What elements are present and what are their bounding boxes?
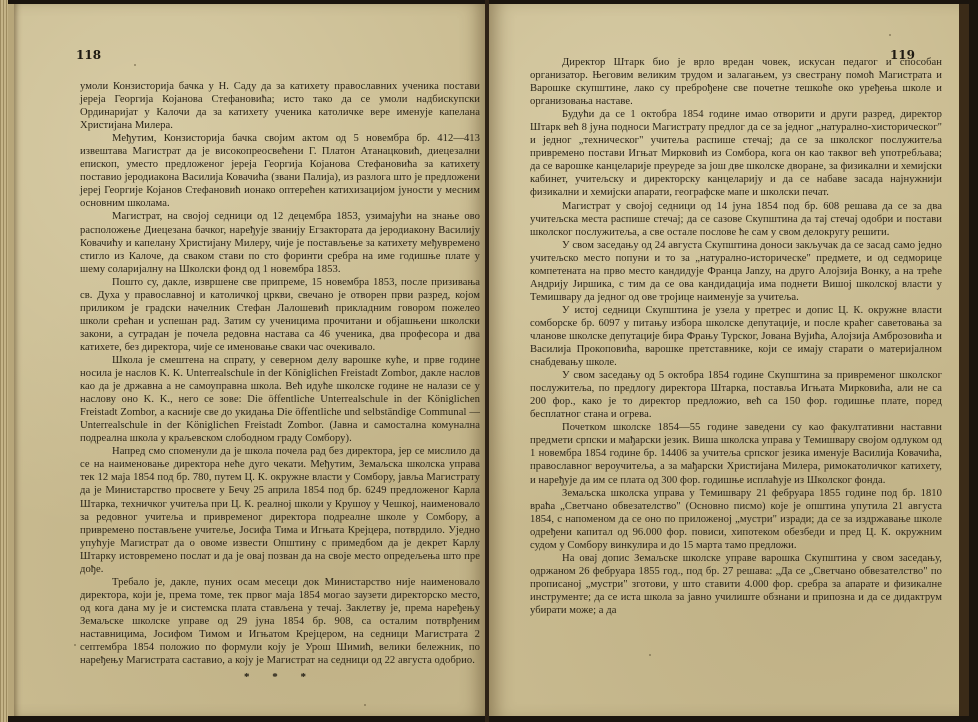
- paper-speck: [74, 644, 76, 646]
- paper-speck: [649, 654, 651, 656]
- paragraph: У истој седници Скупштина је узела у пре…: [530, 304, 942, 369]
- left-page-text: умоли Конзисторија бачка у Н. Саду да за…: [80, 80, 480, 684]
- section-break-mark: * * *: [80, 671, 480, 684]
- paragraph: Будући да се 1 октобра 1854 године имао …: [530, 108, 942, 199]
- paragraph: Магистрат, на својој седници од 12 децем…: [80, 210, 480, 275]
- paragraph: Магистрат у својој седници од 14 јуна 18…: [530, 200, 942, 239]
- paragraph: Директор Штарк био је врло вредан човек,…: [530, 56, 942, 108]
- paragraph: Земаљска школска управа у Темишвару 21 ф…: [530, 487, 942, 552]
- book-spread: 118 умоли Конзисторија бачка у Н. Саду д…: [0, 0, 978, 722]
- paper-speck: [889, 34, 891, 36]
- paragraph: умоли Конзисторија бачка у Н. Саду да за…: [80, 80, 480, 132]
- paragraph: Школа је смештена на спрату, у северном …: [80, 354, 480, 445]
- paper-speck: [364, 704, 366, 706]
- left-page: 118 умоли Конзисторија бачка у Н. Саду д…: [8, 4, 485, 716]
- paragraph: Напред смо споменули да је школа почела …: [80, 445, 480, 575]
- paragraph: Почетком школске 1854—55 године заведени…: [530, 421, 942, 486]
- paper-speck: [134, 64, 136, 66]
- paragraph: У свом заседању од 24 августа Скупштина …: [530, 239, 942, 304]
- paragraph: У свом заседању од 5 октобра 1854 године…: [530, 369, 942, 421]
- paragraph: Међутим, Конзисторија бачка својим актом…: [80, 132, 480, 210]
- page-edge-stack: [0, 0, 8, 722]
- right-page-text: Директор Штарк био је врло вредан човек,…: [530, 56, 942, 617]
- paragraph: На овај допис Земаљске школске управе ва…: [530, 552, 942, 617]
- paragraph: Пошто су, дакле, извршене све припреме, …: [80, 276, 480, 354]
- page-number-left: 118: [76, 48, 101, 62]
- right-page: 119 Директор Штарк био је врло вредан чо…: [489, 4, 969, 716]
- paragraph: Требало је, дакле, пуних осам месеци док…: [80, 576, 480, 667]
